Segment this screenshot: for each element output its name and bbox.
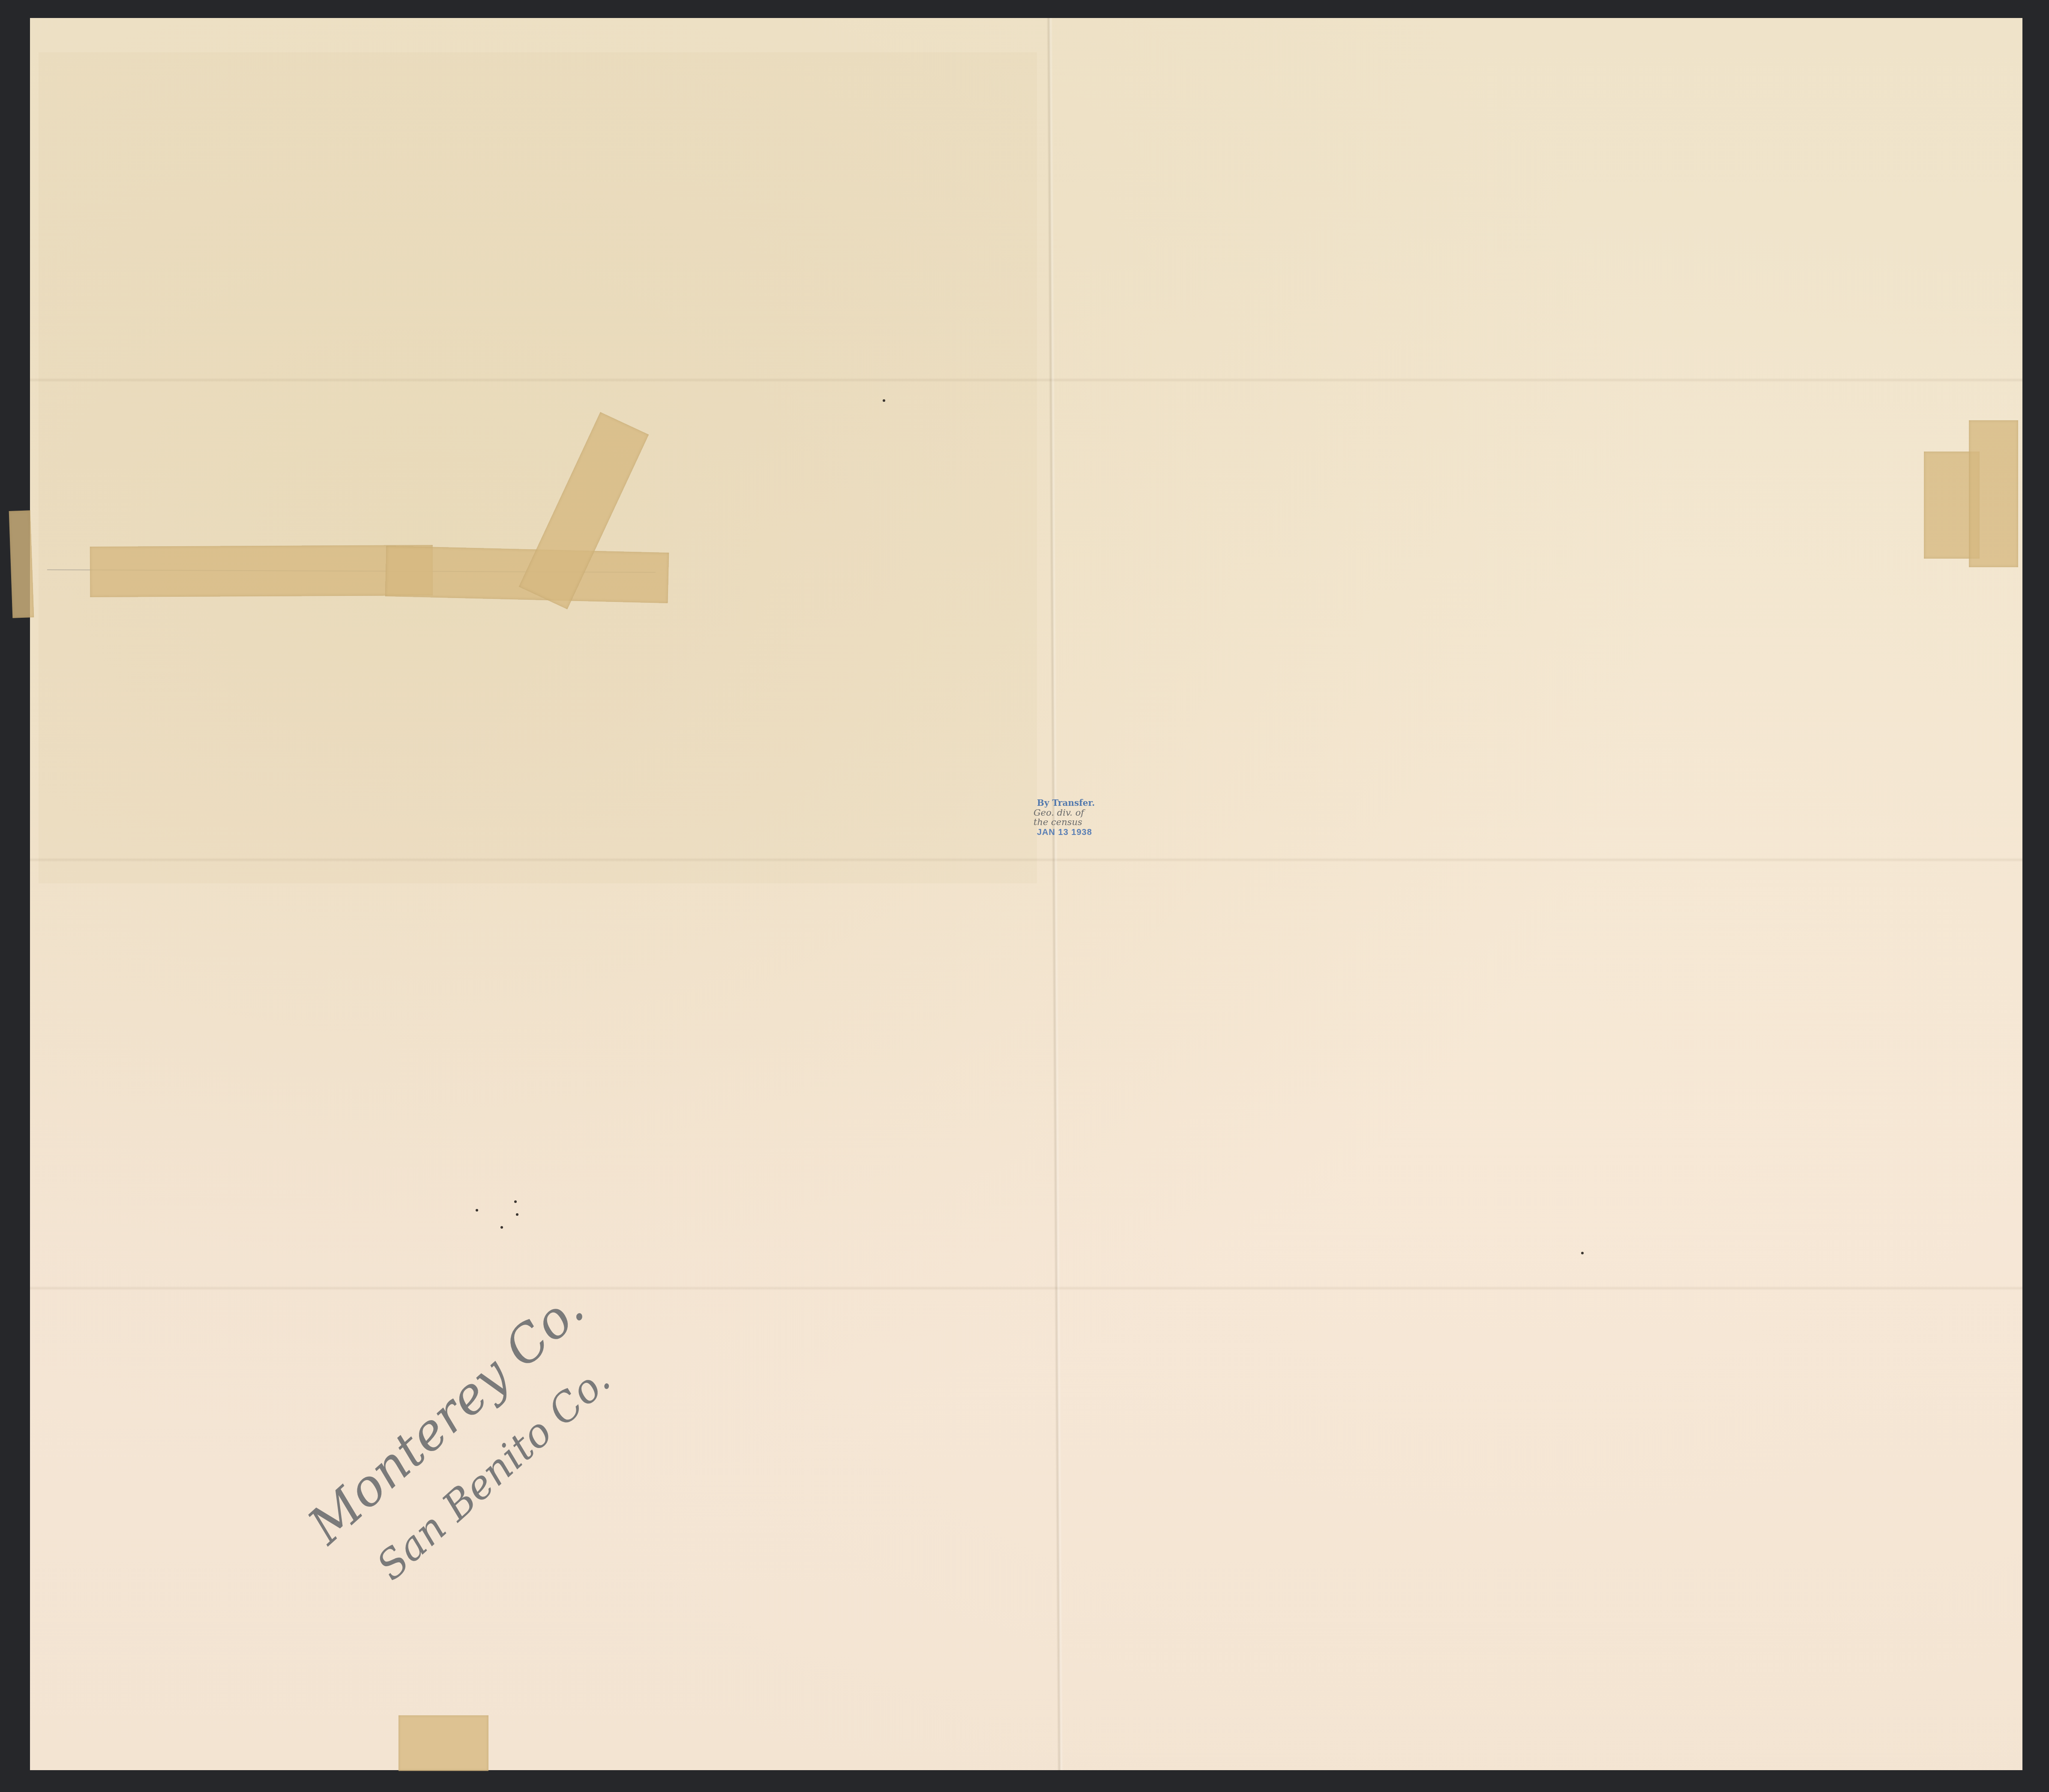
stamp-handwritten-source: Geo. div. of: [1033, 808, 1174, 817]
paper-speck: [516, 1213, 518, 1216]
stamp-handwritten-source: the census: [1033, 817, 1174, 827]
tape-strip: [90, 545, 433, 597]
horizontal-fold-line: [30, 858, 2022, 862]
accession-stamp: By Transfer. Geo. div. of the census JAN…: [1037, 798, 1174, 838]
paper-speck: [1581, 1252, 1584, 1254]
stamp-date: JAN 13 1938: [1037, 828, 1174, 838]
paper-speck: [514, 1200, 517, 1203]
map-sheet-verso: By Transfer. Geo. div. of the census JAN…: [30, 18, 2022, 1770]
tape-strip: [398, 1715, 488, 1771]
horizontal-fold-line: [30, 1286, 2022, 1290]
tape-strip: [1969, 420, 2018, 567]
paper-speck: [476, 1209, 478, 1212]
horizontal-fold-line: [30, 378, 2022, 382]
show-through-area: [39, 52, 1037, 883]
tape-strip: [9, 510, 34, 618]
paper-speck: [883, 399, 885, 402]
vertical-fold-line: [1047, 18, 1063, 1770]
paper-speck: [500, 1226, 503, 1229]
stamp-heading: By Transfer.: [1037, 798, 1174, 808]
